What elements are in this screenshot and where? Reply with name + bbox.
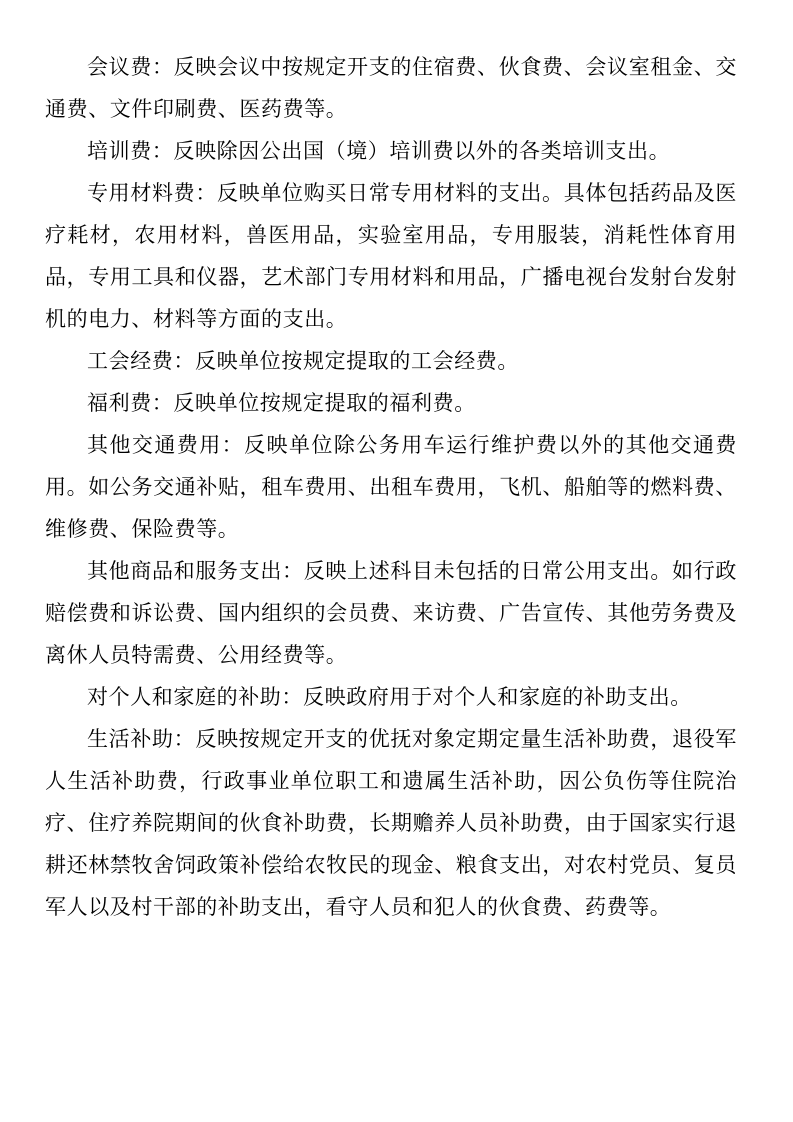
paragraph-conference-fee: 会议费：反映会议中按规定开支的住宿费、伙食费、会议室租金、交通费、文件印刷费、医… (45, 46, 737, 130)
paragraph-other-transport-expenses: 其他交通费用：反映单位除公务用车运行维护费以外的其他交通费用。如公务交通补贴，租… (45, 424, 737, 550)
paragraph-welfare-fee: 福利费：反映单位按规定提取的福利费。 (45, 382, 737, 424)
paragraph-living-allowance: 生活补助：反映按规定开支的优抚对象定期定量生活补助费，退役军人生活补助费，行政事… (45, 718, 737, 928)
document-body: 会议费：反映会议中按规定开支的住宿费、伙食费、会议室租金、交通费、文件印刷费、医… (0, 0, 793, 928)
paragraph-other-goods-and-services: 其他商品和服务支出：反映上述科目未包括的日常公用支出。如行政赔偿费和诉讼费、国内… (45, 550, 737, 676)
paragraph-union-funds: 工会经费：反映单位按规定提取的工会经费。 (45, 340, 737, 382)
paragraph-subsidies-individuals-families: 对个人和家庭的补助：反映政府用于对个人和家庭的补助支出。 (45, 676, 737, 718)
document-page: 会议费：反映会议中按规定开支的住宿费、伙食费、会议室租金、交通费、文件印刷费、医… (0, 0, 793, 1122)
paragraph-training-fee: 培训费：反映除因公出国（境）培训费以外的各类培训支出。 (45, 130, 737, 172)
paragraph-special-materials-fee: 专用材料费：反映单位购买日常专用材料的支出。具体包括药品及医疗耗材，农用材料，兽… (45, 172, 737, 340)
